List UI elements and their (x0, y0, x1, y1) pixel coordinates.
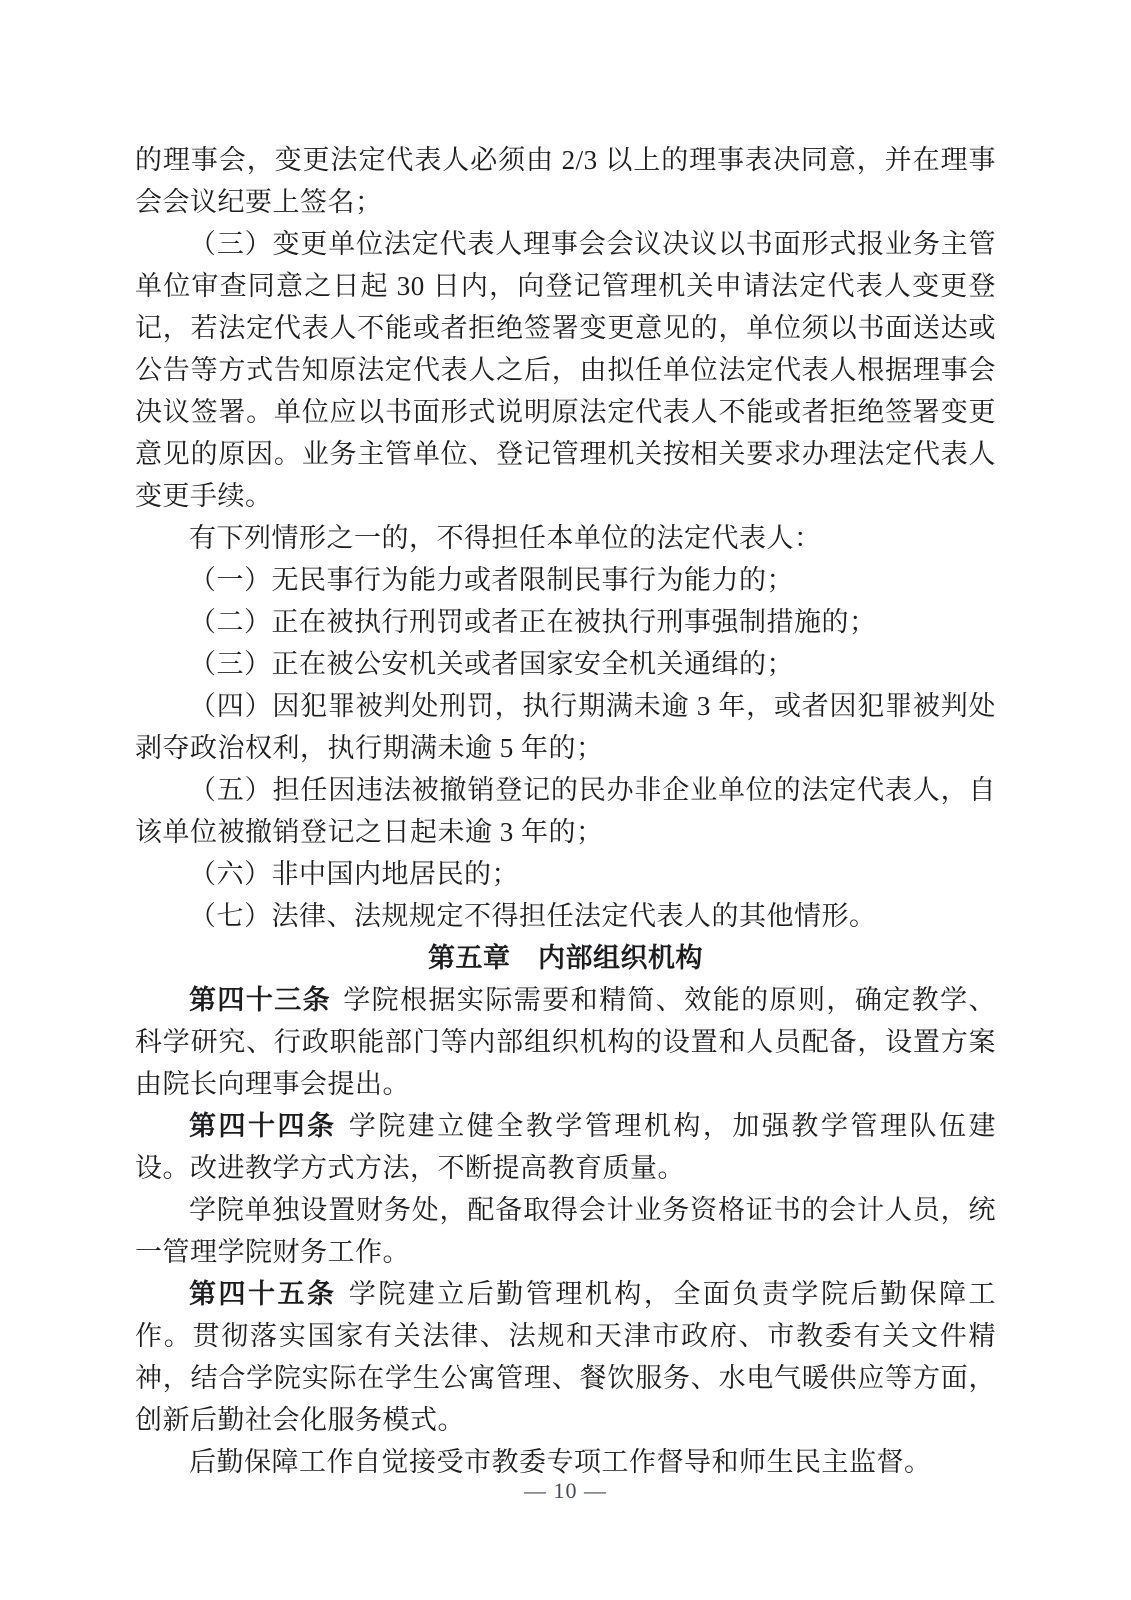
page-number: — 10 — (524, 1478, 607, 1503)
article-number: 第四十五条 (189, 1279, 337, 1309)
paragraph: 第四十四条学院建立健全教学管理机构，加强教学管理队伍建设。改进教学方式方法，不断… (135, 1105, 996, 1189)
paragraph: 第四十五条学院建立后勤管理机构，全面负责学院后勤保障工作。贯彻落实国家有关法律、… (135, 1273, 996, 1441)
document-page: 的理事会，变更法定代表人必须由 2/3 以上的理事表决同意，并在理事会会议纪要上… (0, 0, 1131, 1600)
page-footer: — 10 — (0, 1478, 1131, 1504)
paragraph: （四）因犯罪被判处刑罚，执行期满未逾 3 年，或者因犯罪被判处剥夺政治权利，执行… (135, 685, 996, 769)
paragraph: （三）正在被公安机关或者国家安全机关通缉的； (135, 643, 996, 685)
paragraph: 的理事会，变更法定代表人必须由 2/3 以上的理事表决同意，并在理事会会议纪要上… (135, 139, 996, 223)
paragraph: 第四十三条学院根据实际需要和精简、效能的原则，确定教学、科学研究、行政职能部门等… (135, 979, 996, 1105)
paragraph: 学院单独设置财务处，配备取得会计业务资格证书的会计人员，统一管理学院财务工作。 (135, 1189, 996, 1273)
article-number: 第四十三条 (189, 985, 331, 1015)
paragraph: （七）法律、法规规定不得担任法定代表人的其他情形。 (135, 895, 996, 937)
paragraph: （二）正在被执行刑罚或者正在被执行刑事强制措施的； (135, 601, 996, 643)
document-body: 的理事会，变更法定代表人必须由 2/3 以上的理事表决同意，并在理事会会议纪要上… (135, 139, 996, 1483)
paragraph: （五）担任因违法被撤销登记的民办非企业单位的法定代表人，自该单位被撤销登记之日起… (135, 769, 996, 853)
paragraph: 后勤保障工作自觉接受市教委专项工作督导和师生民主监督。 (135, 1441, 996, 1483)
paragraph: （一）无民事行为能力或者限制民事行为能力的； (135, 559, 996, 601)
paragraph: （六）非中国内地居民的； (135, 853, 996, 895)
paragraph: （三）变更单位法定代表人理事会会议决议以书面形式报业务主管单位审查同意之日起 3… (135, 223, 996, 517)
chapter-heading: 第五章 内部组织机构 (135, 937, 996, 979)
paragraph: 有下列情形之一的，不得担任本单位的法定代表人： (135, 517, 996, 559)
article-number: 第四十四条 (189, 1111, 337, 1141)
